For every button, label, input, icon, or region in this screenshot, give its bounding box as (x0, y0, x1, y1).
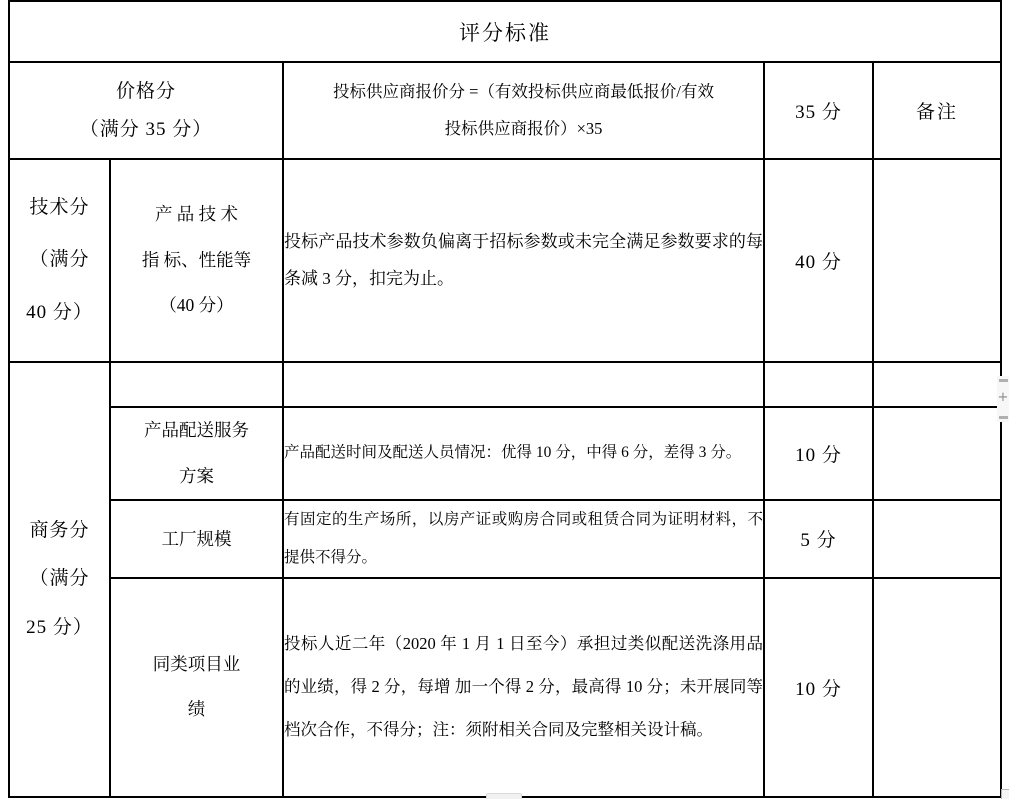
factory-score-cell: 5 分 (764, 500, 873, 578)
scrollbar-dash-bottom (999, 416, 1008, 419)
tech-remark-cell (873, 159, 1001, 362)
business-empty-item-cell (110, 362, 283, 407)
table-row: 评分标准 (9, 1, 1001, 62)
similar-projects-item-cell: 同类项目业 绩 (110, 578, 283, 797)
factory-remark-cell (873, 500, 1001, 578)
delivery-remark-cell (873, 407, 1001, 500)
business-category-cell: 商务分 （满分 25 分） (9, 362, 110, 797)
business-empty-score-cell (764, 362, 873, 407)
scrollbar-corner (1001, 789, 1009, 799)
price-category-cell: 价格分 （满分 35 分） (9, 62, 283, 159)
tech-category-cell: 技术分 （满分 40 分） (9, 159, 110, 362)
factory-criteria-cell: 有固定的生产场所，以房产证或购房合同或租赁合同为证明材料，不提供不得分。 (283, 500, 764, 578)
table-row: 工厂规模 有固定的生产场所，以房产证或购房合同或租赁合同为证明材料，不提供不得分… (9, 500, 1001, 578)
scrollbar-dash-top (999, 379, 1008, 382)
scoring-criteria-table: 评分标准 价格分 （满分 35 分） 投标供应商报价分 =（有效投标供应商最低报… (8, 0, 1002, 798)
tech-item-cell: 产 品 技 术 指 标、性能等 （40 分） (110, 159, 283, 362)
plus-icon[interactable]: + (998, 393, 1009, 405)
tech-score-cell: 40 分 (764, 159, 873, 362)
table-row: 同类项目业 绩 投标人近二年（2020 年 1 月 1 日至今）承担过类似配送洗… (9, 578, 1001, 797)
delivery-score-cell: 10 分 (764, 407, 873, 500)
price-score-cell: 35 分 (764, 62, 873, 159)
horizontal-scrollbar-thumb[interactable] (486, 793, 522, 799)
price-criteria-cell: 投标供应商报价分 =（有效投标供应商最低报价/有效 投标供应商报价）×35 (283, 62, 764, 159)
factory-item-cell: 工厂规模 (110, 500, 283, 578)
business-empty-remark-cell (873, 362, 1001, 407)
delivery-criteria-cell: 产品配送时间及配送人员情况：优得 10 分，中得 6 分，差得 3 分。 (283, 407, 764, 500)
table-row: 技术分 （满分 40 分） 产 品 技 术 指 标、性能等 （40 分） 投标产… (9, 159, 1001, 362)
table-row: 产品配送服务 方案 产品配送时间及配送人员情况：优得 10 分，中得 6 分，差… (9, 407, 1001, 500)
business-empty-criteria-cell (283, 362, 764, 407)
tech-criteria-cell: 投标产品技术参数负偏离于招标参数或未完全满足参数要求的每条减 3 分，扣完为止。 (283, 159, 764, 362)
table-row: 商务分 （满分 25 分） (9, 362, 1001, 407)
similar-projects-remark-cell (873, 578, 1001, 797)
similar-projects-score-cell: 10 分 (764, 578, 873, 797)
remark-header-cell: 备注 (873, 62, 1001, 159)
table-title-cell: 评分标准 (9, 1, 1001, 62)
vertical-scrollbar-widget[interactable]: + (997, 376, 1009, 422)
similar-projects-criteria-cell: 投标人近二年（2020 年 1 月 1 日至今）承担过类似配送洗涤用品的业绩，得… (283, 578, 764, 797)
delivery-item-cell: 产品配送服务 方案 (110, 407, 283, 500)
document-page: 评分标准 价格分 （满分 35 分） 投标供应商报价分 =（有效投标供应商最低报… (0, 0, 1009, 799)
table-row: 价格分 （满分 35 分） 投标供应商报价分 =（有效投标供应商最低报价/有效 … (9, 62, 1001, 159)
